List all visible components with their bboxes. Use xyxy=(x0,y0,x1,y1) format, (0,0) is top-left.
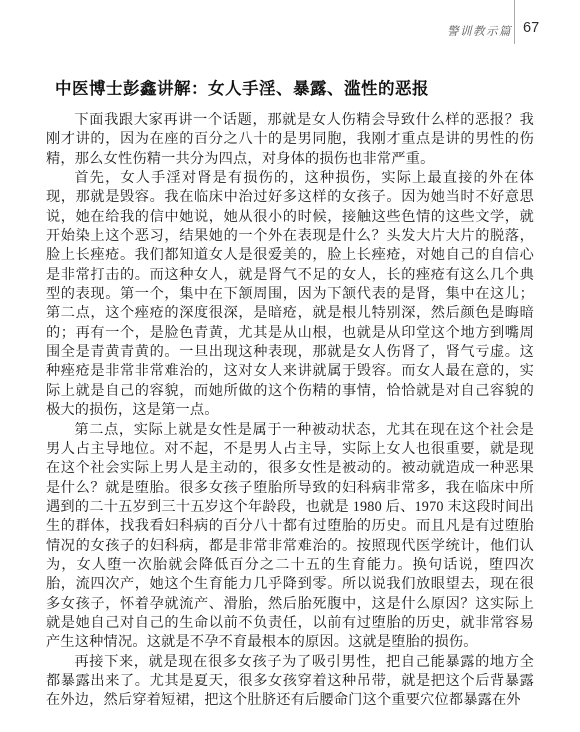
article-body: 下面我跟大家再讲一个话题，那就是女人伤精会导致什么样的恶报？我刚才讲的，因为在座… xyxy=(46,111,534,711)
header-divider xyxy=(514,0,515,44)
article: 中医博士彭鑫讲解：女人手淫、暴露、滥性的恶报 下面我跟大家再讲一个话题，那就是女… xyxy=(46,75,534,711)
paragraph: 第二点，实际上就是女性是属于一种被动状态，尤其在现在这个社会是男人占主导地位。对… xyxy=(46,421,534,653)
book-page: 警训教示篇 67 中医博士彭鑫讲解：女人手淫、暴露、滥性的恶报 下面我跟大家再讲… xyxy=(0,0,580,732)
page-number: 67 xyxy=(523,20,539,36)
article-title: 中医博士彭鑫讲解：女人手淫、暴露、滥性的恶报 xyxy=(55,75,534,99)
paragraph: 再接下来，就是现在很多女孩子为了吸引男性，把自己能暴露的地方全都暴露出来了。尤其… xyxy=(46,653,534,711)
paragraph: 下面我跟大家再讲一个话题，那就是女人伤精会导致什么样的恶报？我刚才讲的，因为在座… xyxy=(46,111,534,169)
paragraph: 首先，女人手淫对肾是有损伤的，这种损伤，实际上最直接的外在体现，那就是毁容。我在… xyxy=(46,169,534,420)
running-head: 警训教示篇 xyxy=(447,23,512,39)
